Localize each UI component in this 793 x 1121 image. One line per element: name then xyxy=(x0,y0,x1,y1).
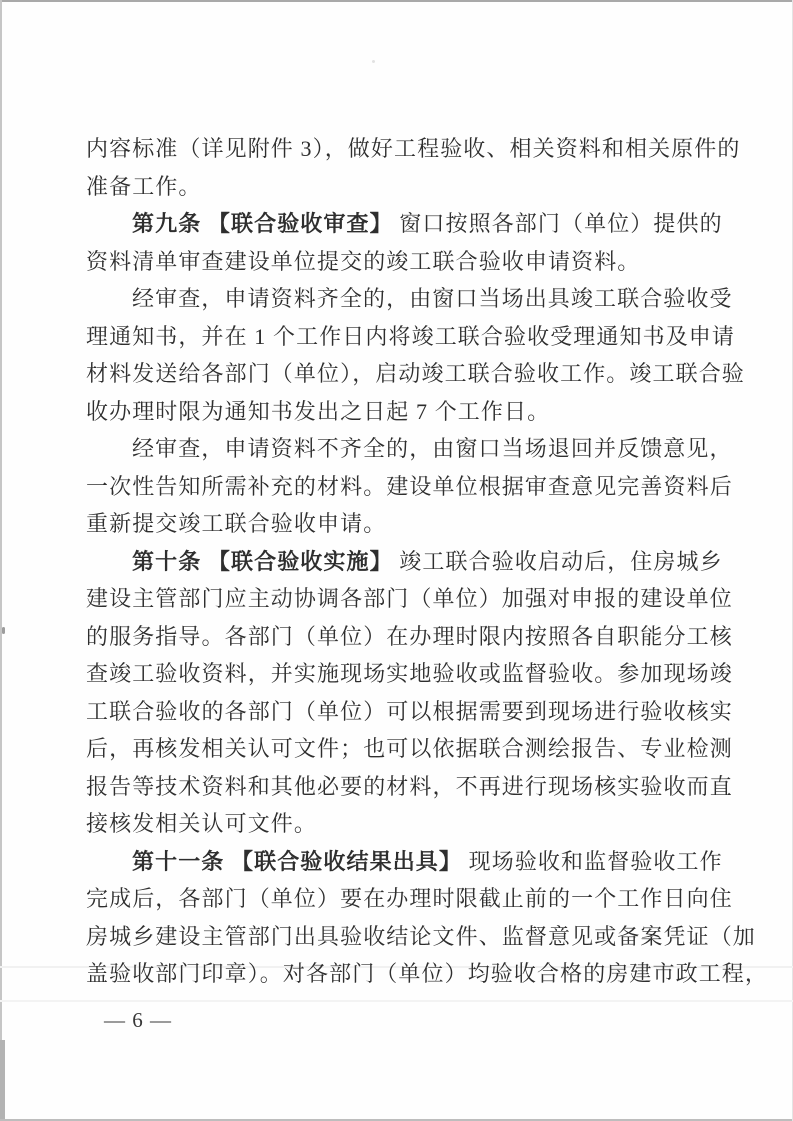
body-text: 接核发相关认可文件。 xyxy=(86,811,317,836)
text-line: 盖验收部门印章）。对各部门（单位）均验收合格的房建市政工程， xyxy=(86,955,715,993)
scan-edge-left-bottom xyxy=(0,1040,5,1121)
body-text: 盖验收部门印章）。对各部门（单位）均验收合格的房建市政工程， xyxy=(86,961,768,986)
body-text: 竣工联合验收启动后，住房城乡 xyxy=(393,549,723,574)
body-text: 房城乡建设主管部门出具验收结论文件、监督意见或备案凭证（加 xyxy=(86,924,756,949)
text-line: 准备工作。 xyxy=(86,168,715,206)
article-heading: 第十一条 【联合验收结果出具】 xyxy=(132,849,462,874)
body-text: 材料发送给各部门（单位），启动竣工联合验收工作。竣工联合验 xyxy=(86,361,745,386)
body-text: 工联合验收的各部门（单位）可以根据需要到现场进行验收核实 xyxy=(86,699,733,724)
text-line: 理通知书，并在 1 个工作日内将竣工联合验收受理通知书及申请 xyxy=(86,318,715,356)
text-line: 材料发送给各部门（单位），启动竣工联合验收工作。竣工联合验 xyxy=(86,355,715,393)
body-text: 的服务指导。各部门（单位）在办理时限内按照各自职能分工核 xyxy=(86,624,733,649)
body-text: 建设主管部门应主动协调各部门（单位）加强对申报的建设单位 xyxy=(86,586,733,611)
text-line: 的服务指导。各部门（单位）在办理时限内按照各自职能分工核 xyxy=(86,618,715,656)
text-line: 房城乡建设主管部门出具验收结论文件、监督意见或备案凭证（加 xyxy=(86,918,715,956)
text-line: 一次性告知所需补充的材料。建设单位根据审查意见完善资料后 xyxy=(86,468,715,506)
body-text: 准备工作。 xyxy=(86,174,202,199)
article-heading: 第十条 【联合验收实施】 xyxy=(132,549,393,574)
scan-edge-top xyxy=(0,0,793,2)
body-text: 后，再核发相关认可文件；也可以依据联合测绘报告、专业检测 xyxy=(86,736,733,761)
page-number: — 6 — xyxy=(104,1008,172,1033)
scan-streak xyxy=(0,1000,793,1002)
text-line: 接核发相关认可文件。 xyxy=(86,805,715,843)
text-line: 完成后，各部门（单位）要在办理时限截止前的一个工作日向住 xyxy=(86,880,715,918)
text-line: 后，再核发相关认可文件；也可以依据联合测绘报告、专业检测 xyxy=(86,730,715,768)
body-text: 一次性告知所需补充的材料。建设单位根据审查意见完善资料后 xyxy=(86,474,733,499)
text-line: 查竣工验收资料，并实施现场实地验收或监督验收。参加现场竣 xyxy=(86,655,715,693)
text-line: 第十一条 【联合验收结果出具】 现场验收和监督验收工作 xyxy=(86,843,715,881)
document-body: 内容标准（详见附件 3），做好工程验收、相关资料和相关原件的准备工作。第九条 【… xyxy=(86,130,715,993)
text-line: 资料清单审查建设单位提交的竣工联合验收申请资料。 xyxy=(86,243,715,281)
text-line: 重新提交竣工联合验收申请。 xyxy=(86,505,715,543)
body-text: 收办理时限为通知书发出之日起 7 个工作日。 xyxy=(86,399,550,424)
body-text: 经审查，申请资料不齐全的，由窗口当场退回并反馈意见， xyxy=(132,436,733,461)
text-line: 第十条 【联合验收实施】 竣工联合验收启动后，住房城乡 xyxy=(86,543,715,581)
text-line: 收办理时限为通知书发出之日起 7 个工作日。 xyxy=(86,393,715,431)
text-line: 报告等技术资料和其他必要的材料，不再进行现场核实验收而直 xyxy=(86,768,715,806)
text-line: 内容标准（详见附件 3），做好工程验收、相关资料和相关原件的 xyxy=(86,130,715,168)
body-text: 重新提交竣工联合验收申请。 xyxy=(86,511,386,536)
text-line: 建设主管部门应主动协调各部门（单位）加强对申报的建设单位 xyxy=(86,580,715,618)
body-text: 经审查，申请资料齐全的，由窗口当场出具竣工联合验收受 xyxy=(132,286,733,311)
text-line: 工联合验收的各部门（单位）可以根据需要到现场进行验收核实 xyxy=(86,693,715,731)
body-text: 查竣工验收资料，并实施现场实地验收或监督验收。参加现场竣 xyxy=(86,661,733,686)
text-line: 第九条 【联合验收审查】 窗口按照各部门（单位）提供的 xyxy=(86,205,715,243)
body-text: 资料清单审查建设单位提交的竣工联合验收申请资料。 xyxy=(86,249,640,274)
body-text: 内容标准（详见附件 3），做好工程验收、相关资料和相关原件的 xyxy=(86,136,741,161)
scan-speck xyxy=(2,627,5,634)
text-line: 经审查，申请资料不齐全的，由窗口当场退回并反馈意见， xyxy=(86,430,715,468)
text-line: 经审查，申请资料齐全的，由窗口当场出具竣工联合验收受 xyxy=(86,280,715,318)
body-text: 报告等技术资料和其他必要的材料，不再进行现场核实验收而直 xyxy=(86,774,733,799)
body-text: 完成后，各部门（单位）要在办理时限截止前的一个工作日向住 xyxy=(86,886,733,911)
body-text: 窗口按照各部门（单位）提供的 xyxy=(393,211,723,236)
article-heading: 第九条 【联合验收审查】 xyxy=(132,211,393,236)
body-text: 理通知书，并在 1 个工作日内将竣工联合验收受理通知书及申请 xyxy=(86,324,735,349)
scan-speck xyxy=(372,60,375,63)
body-text: 现场验收和监督验收工作 xyxy=(462,849,723,874)
scan-edge-left xyxy=(0,0,2,1121)
scanned-document-page: 内容标准（详见附件 3），做好工程验收、相关资料和相关原件的准备工作。第九条 【… xyxy=(0,0,793,1121)
